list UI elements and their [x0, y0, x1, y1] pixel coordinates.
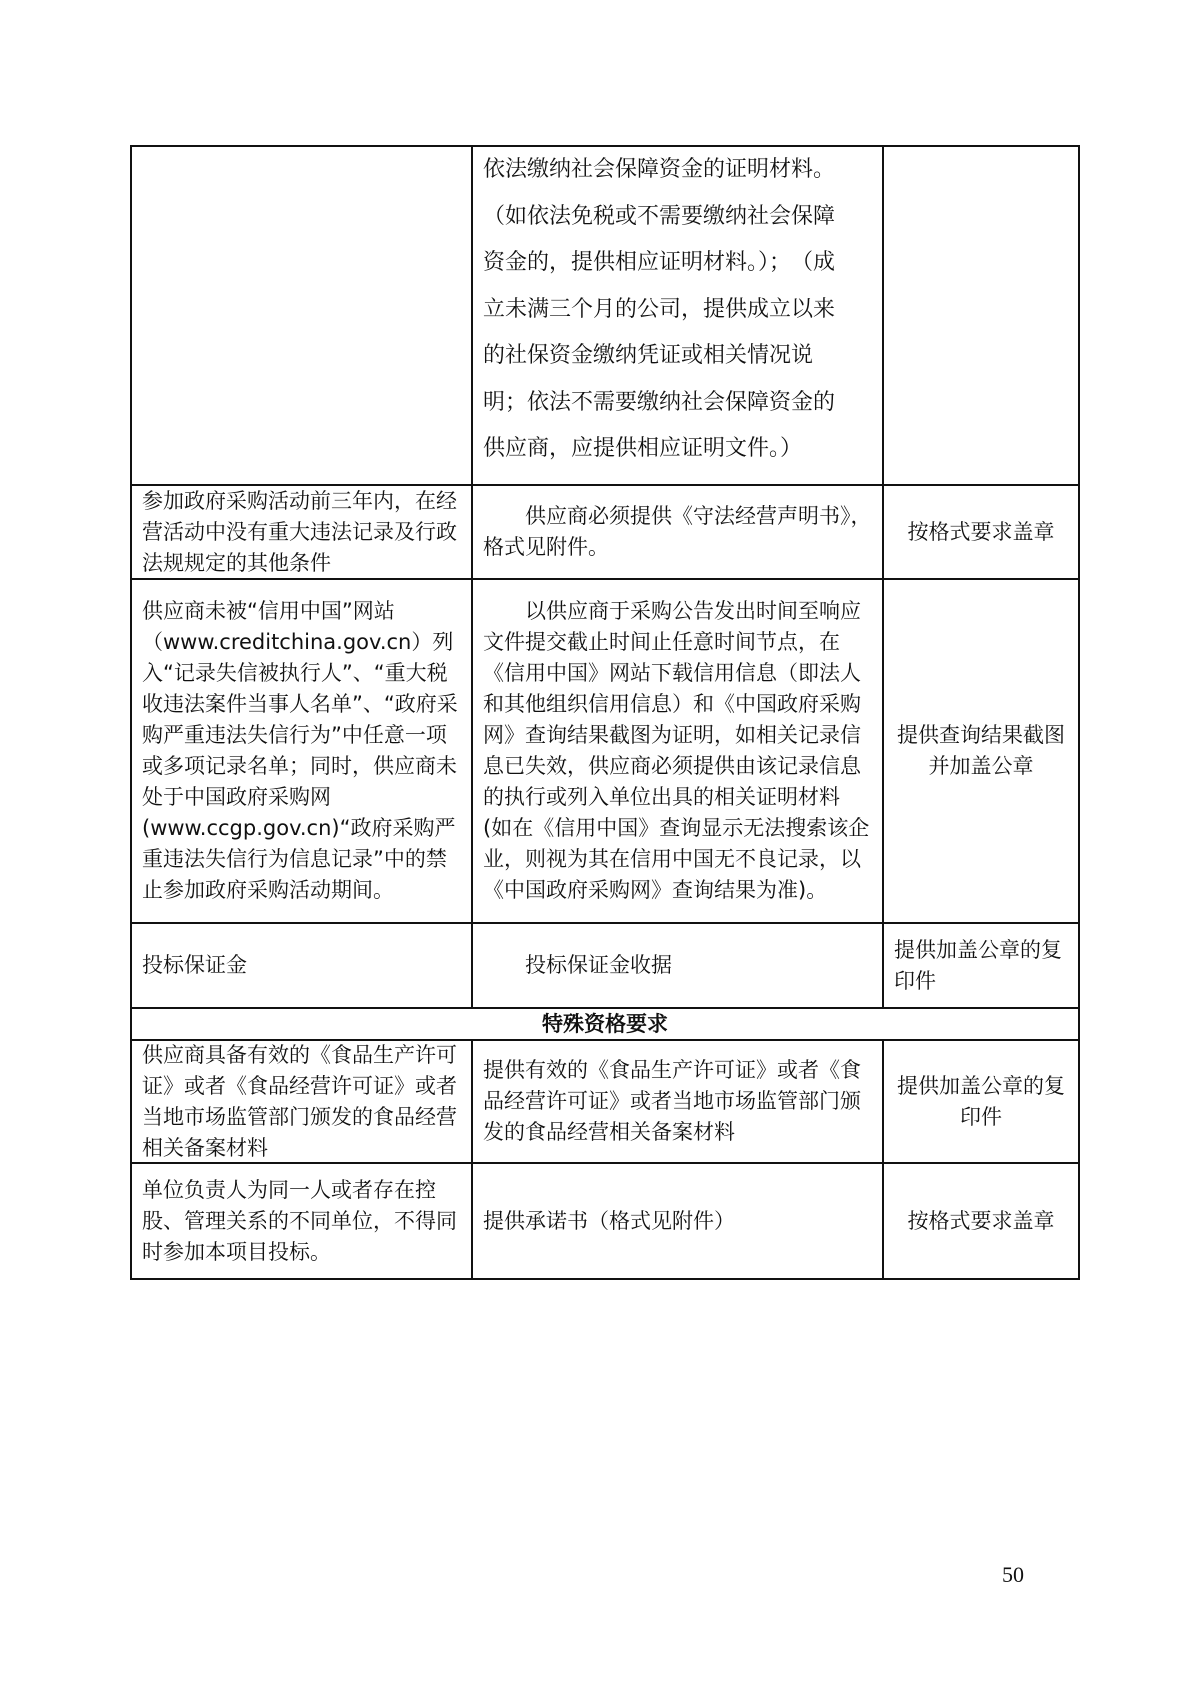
section-header: 特殊资格要求	[132, 1009, 1078, 1039]
requirement-cell: 供应商具备有效的《食品生产许可证》或者《食品经营许可证》或者当地市场监管部门颁发…	[132, 1041, 473, 1162]
evidence-line: （如依法免税或不需要缴纳社会保障	[483, 194, 872, 241]
evidence-cell: 依法缴纳社会保障资金的证明材料。 （如依法免税或不需要缴纳社会保障 资金的，提供…	[473, 147, 884, 484]
table-row: 供应商未被“信用中国”网站 （www.creditchina.gov.cn）列入…	[132, 578, 1078, 922]
evidence-line: 依法缴纳社会保障资金的证明材料。	[483, 147, 872, 194]
note-cell: 按格式要求盖章	[884, 1164, 1078, 1278]
requirement-cell	[132, 147, 473, 484]
requirement-cell: 投标保证金	[132, 924, 473, 1007]
table-row: 投标保证金 投标保证金收据 提供加盖公章的复印件	[132, 922, 1078, 1007]
evidence-line: 供应商，应提供相应证明文件。）	[483, 426, 872, 473]
section-header-row: 特殊资格要求	[132, 1007, 1078, 1039]
note-cell: 提供加盖公章的复印件	[884, 1041, 1078, 1162]
page-number: 50	[1002, 1562, 1024, 1588]
table-row: 供应商具备有效的《食品生产许可证》或者《食品经营许可证》或者当地市场监管部门颁发…	[132, 1039, 1078, 1162]
table-row: 参加政府采购活动前三年内，在经营活动中没有重大违法记录及行政法规规定的其他条件 …	[132, 484, 1078, 578]
evidence-cell: 投标保证金收据	[473, 924, 884, 1007]
table-row: 单位负责人为同一人或者存在控股、管理关系的不同单位，不得同时参加本项目投标。 提…	[132, 1162, 1078, 1278]
note-cell: 提供查询结果截图并加盖公章	[884, 580, 1078, 922]
evidence-cell: 供应商必须提供《守法经营声明书》，格式见附件。	[473, 486, 884, 578]
evidence-line: 的社保资金缴纳凭证或相关情况说	[483, 333, 872, 380]
requirement-cell: 参加政府采购活动前三年内，在经营活动中没有重大违法记录及行政法规规定的其他条件	[132, 486, 473, 578]
evidence-line: 资金的，提供相应证明材料。）； （成	[483, 240, 872, 287]
requirement-cell: 单位负责人为同一人或者存在控股、管理关系的不同单位，不得同时参加本项目投标。	[132, 1164, 473, 1278]
evidence-line: 明；依法不需要缴纳社会保障资金的	[483, 380, 872, 427]
evidence-cell: 提供有效的《食品生产许可证》或者《食品经营许可证》或者当地市场监管部门颁发的食品…	[473, 1041, 884, 1162]
requirement-cell: 供应商未被“信用中国”网站 （www.creditchina.gov.cn）列入…	[132, 580, 473, 922]
note-cell: 按格式要求盖章	[884, 486, 1078, 578]
evidence-line: 立未满三个月的公司，提供成立以来	[483, 287, 872, 334]
table-row: 依法缴纳社会保障资金的证明材料。 （如依法免税或不需要缴纳社会保障 资金的，提供…	[132, 147, 1078, 484]
evidence-cell: 提供承诺书（格式见附件）	[473, 1164, 884, 1278]
note-cell	[884, 147, 1078, 484]
evidence-cell: 以供应商于采购公告发出时间至响应文件提交截止时间止任意时间节点，在《信用中国》网…	[473, 580, 884, 922]
qualification-table: 依法缴纳社会保障资金的证明材料。 （如依法免税或不需要缴纳社会保障 资金的，提供…	[130, 145, 1080, 1280]
note-cell: 提供加盖公章的复印件	[884, 924, 1078, 1007]
